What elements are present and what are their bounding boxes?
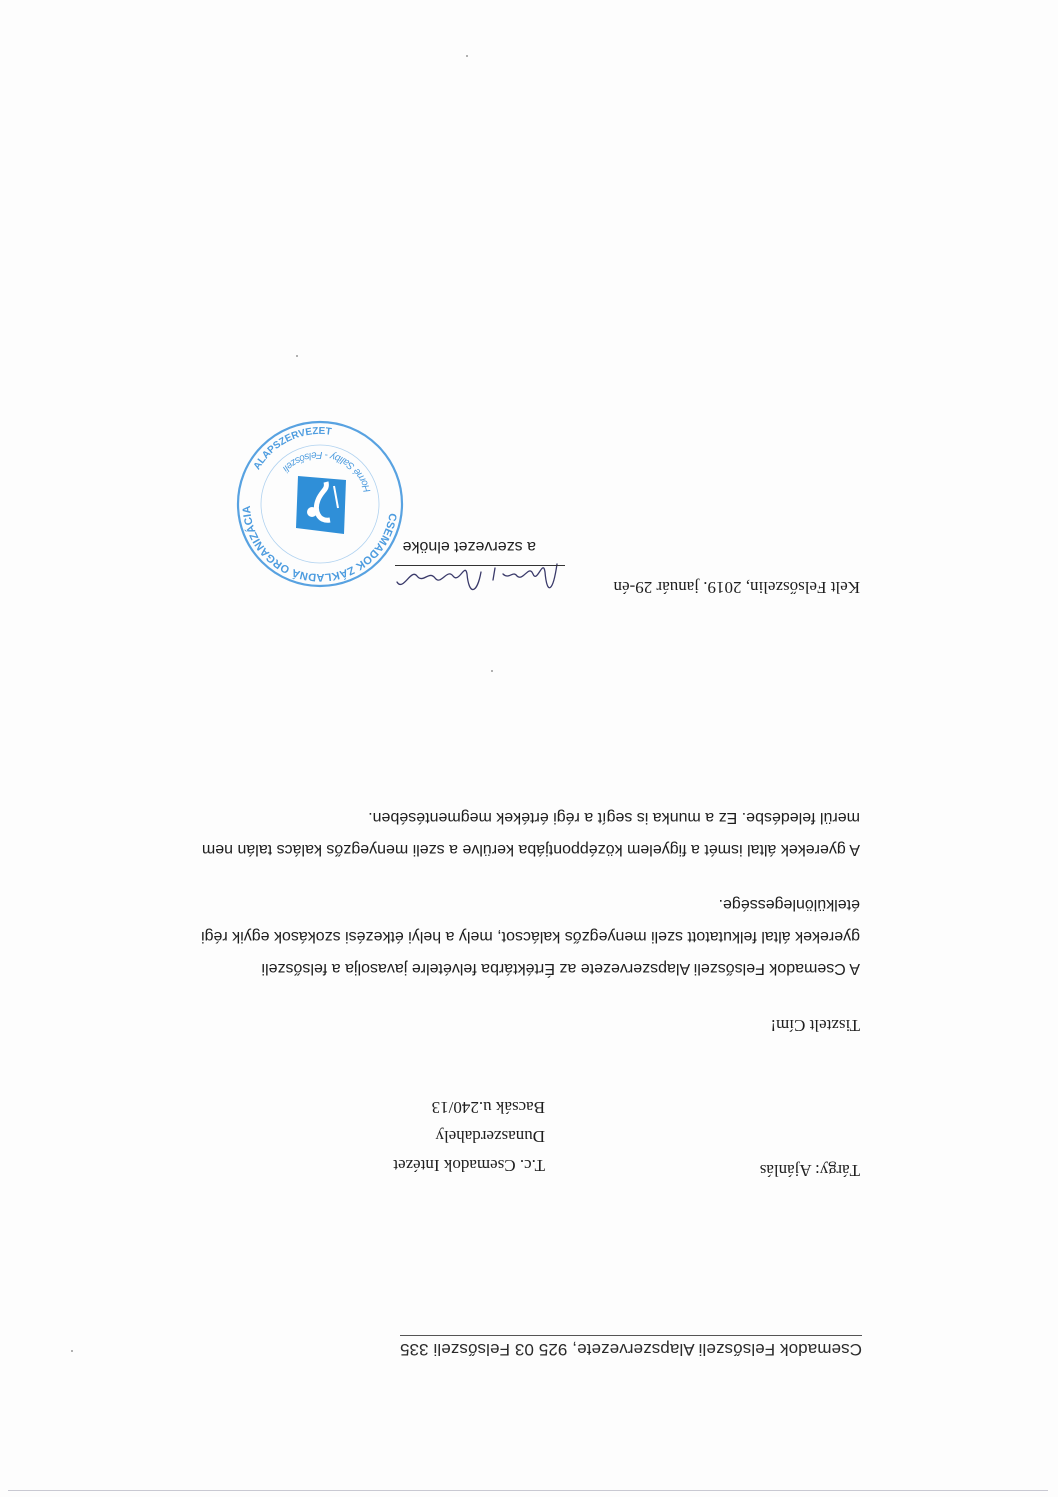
greeting: Tisztelt Cím!: [770, 1015, 860, 1035]
signer-title: a szervezet elnöke: [403, 537, 536, 555]
subject-line: Tárgy: Ajánlás: [760, 1160, 860, 1180]
recipient-address: T.c. Csemadok Intézet Dunaszerdahely Bac…: [393, 1093, 545, 1180]
paragraph-line: gyerekek által felkutatott szeli menyegz…: [180, 920, 860, 952]
letterhead: Csemadok Felsőszeli Alapszervezete, 925 …: [400, 1335, 862, 1359]
scan-edge-line: [8, 1490, 1048, 1491]
body-paragraph: A gyerekek által ismét a figyelem középp…: [180, 801, 860, 865]
scan-speck: [71, 1350, 73, 1352]
paragraph-line: A Csemadok Felsőszeli Alapszervezete az …: [180, 952, 860, 984]
scan-speck: [466, 55, 468, 57]
recipient-line: T.c. Csemadok Intézet: [393, 1151, 545, 1180]
paragraph-line: ételkülönlegessége.: [180, 888, 860, 920]
scan-speck: [491, 670, 493, 672]
place-and-date: Kelt Felsőszelin, 2019. január 29-én: [614, 577, 860, 597]
scan-speck: [296, 355, 298, 357]
recipient-line: Dunaszerdahely: [393, 1122, 545, 1151]
csemadok-logo-icon: [296, 476, 346, 534]
body-paragraph: A Csemadok Felsőszeli Alapszervezete az …: [180, 888, 860, 984]
signature-line: [395, 565, 565, 566]
scanned-letter-page: Csemadok Felsőszeli Alapszervezete, 925 …: [0, 0, 1058, 1497]
organization-stamp-icon: CSEMADOK ZÁKLADNÁ ORGANIZÁCIA ALAPSZERVE…: [232, 416, 408, 592]
handwritten-signature-icon: [383, 552, 563, 602]
recipient-line: Bacsák u.240/13: [393, 1093, 545, 1122]
paragraph-line: A gyerekek által ismét a figyelem középp…: [180, 833, 860, 865]
paragraph-line: merül feledésbe. Ez a munka is segít a r…: [180, 801, 860, 833]
